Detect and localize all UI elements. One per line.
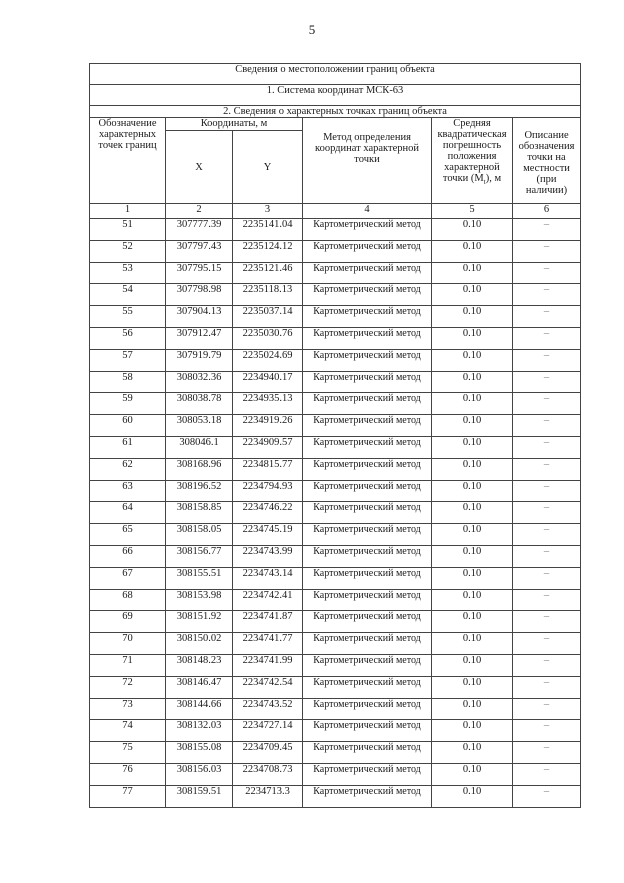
coord-x-cell: 307919.79	[166, 349, 233, 371]
method-cell: Картометрический метод	[303, 393, 432, 415]
description-cell: –	[513, 742, 581, 764]
method-cell: Картометрический метод	[303, 676, 432, 698]
method-cell: Картометрический метод	[303, 240, 432, 262]
point-id-cell: 66	[90, 545, 166, 567]
table-row: 51307777.392235141.04Картометрический ме…	[90, 219, 581, 241]
description-cell: –	[513, 240, 581, 262]
coord-y-cell: 2234742.41	[233, 589, 303, 611]
method-cell: Картометрический метод	[303, 654, 432, 676]
coord-y-cell: 2235037.14	[233, 306, 303, 328]
header-method: Метод определения координат характерной …	[303, 118, 432, 204]
coord-x-cell: 307904.13	[166, 306, 233, 328]
method-cell: Картометрический метод	[303, 611, 432, 633]
column-number: 5	[432, 204, 513, 219]
description-cell: –	[513, 676, 581, 698]
method-cell: Картометрический метод	[303, 589, 432, 611]
coord-y-cell: 2234919.26	[233, 415, 303, 437]
table-row: 62308168.962234815.77Картометрический ме…	[90, 458, 581, 480]
coord-x-cell: 308159.51	[166, 785, 233, 807]
table-row: 67308155.512234743.14Картометрический ме…	[90, 567, 581, 589]
method-cell: Картометрический метод	[303, 567, 432, 589]
coord-x-cell: 308155.51	[166, 567, 233, 589]
coord-y-cell: 2234743.99	[233, 545, 303, 567]
method-cell: Картометрический метод	[303, 545, 432, 567]
header-description: Описание обозначения точки на местности …	[513, 118, 581, 204]
point-id-cell: 77	[90, 785, 166, 807]
point-id-cell: 62	[90, 458, 166, 480]
description-cell: –	[513, 284, 581, 306]
coord-x-cell: 307912.47	[166, 327, 233, 349]
description-cell: –	[513, 502, 581, 524]
coord-y-cell: 2235121.46	[233, 262, 303, 284]
coord-x-cell: 308053.18	[166, 415, 233, 437]
mean-error-cell: 0.10	[432, 698, 513, 720]
point-id-cell: 55	[90, 306, 166, 328]
table-row: 74308132.032234727.14Картометрический ме…	[90, 720, 581, 742]
header-point-designation: Обозначение характерных точек границ	[90, 118, 166, 204]
coord-y-cell: 2234742.54	[233, 676, 303, 698]
table-row: 66308156.772234743.99Картометрический ме…	[90, 545, 581, 567]
method-cell: Картометрический метод	[303, 742, 432, 764]
description-cell: –	[513, 785, 581, 807]
description-cell: –	[513, 567, 581, 589]
method-cell: Картометрический метод	[303, 458, 432, 480]
coord-y-cell: 2234741.77	[233, 633, 303, 655]
coord-x-cell: 308153.98	[166, 589, 233, 611]
method-cell: Картометрический метод	[303, 371, 432, 393]
mean-error-cell: 0.10	[432, 676, 513, 698]
method-cell: Картометрический метод	[303, 262, 432, 284]
mean-error-cell: 0.10	[432, 349, 513, 371]
point-id-cell: 60	[90, 415, 166, 437]
point-id-cell: 75	[90, 742, 166, 764]
coord-x-cell: 308150.02	[166, 633, 233, 655]
mean-error-cell: 0.10	[432, 327, 513, 349]
mean-error-cell: 0.10	[432, 284, 513, 306]
method-cell: Картометрический метод	[303, 480, 432, 502]
coord-x-cell: 307797.43	[166, 240, 233, 262]
method-cell: Картометрический метод	[303, 785, 432, 807]
table-row: 73308144.662234743.52Картометрический ме…	[90, 698, 581, 720]
table-row: 60308053.182234919.26Картометрический ме…	[90, 415, 581, 437]
method-cell: Картометрический метод	[303, 415, 432, 437]
coord-y-cell: 2234741.99	[233, 654, 303, 676]
method-cell: Картометрический метод	[303, 327, 432, 349]
description-cell: –	[513, 415, 581, 437]
point-id-cell: 71	[90, 654, 166, 676]
point-id-cell: 72	[90, 676, 166, 698]
method-cell: Картометрический метод	[303, 306, 432, 328]
coord-y-cell: 2234909.57	[233, 436, 303, 458]
table-row: 53307795.152235121.46Картометрический ме…	[90, 262, 581, 284]
coord-x-cell: 308032.36	[166, 371, 233, 393]
mean-error-cell: 0.10	[432, 611, 513, 633]
table-row: 58308032.362234940.17Картометрический ме…	[90, 371, 581, 393]
coord-x-cell: 307777.39	[166, 219, 233, 241]
method-cell: Картометрический метод	[303, 502, 432, 524]
header-y: Y	[233, 131, 303, 204]
coord-x-cell: 308151.92	[166, 611, 233, 633]
mean-error-cell: 0.10	[432, 240, 513, 262]
coord-x-cell: 308158.85	[166, 502, 233, 524]
method-cell: Картометрический метод	[303, 633, 432, 655]
mean-error-cell: 0.10	[432, 393, 513, 415]
point-id-cell: 58	[90, 371, 166, 393]
point-id-cell: 65	[90, 524, 166, 546]
coord-y-cell: 2234815.77	[233, 458, 303, 480]
coord-y-cell: 2234746.22	[233, 502, 303, 524]
coord-y-cell: 2234708.73	[233, 763, 303, 785]
coord-y-cell: 2235141.04	[233, 219, 303, 241]
mean-error-cell: 0.10	[432, 436, 513, 458]
page-number: 5	[0, 22, 624, 38]
method-cell: Картометрический метод	[303, 436, 432, 458]
mean-error-cell: 0.10	[432, 763, 513, 785]
point-id-cell: 64	[90, 502, 166, 524]
table-row: 61308046.12234909.57Картометрический мет…	[90, 436, 581, 458]
description-cell: –	[513, 458, 581, 480]
coord-x-cell: 308155.08	[166, 742, 233, 764]
table-row: 75308155.082234709.45Картометрический ме…	[90, 742, 581, 764]
point-id-cell: 63	[90, 480, 166, 502]
table-title-row: Сведения о местоположении границ объекта	[90, 64, 581, 85]
column-number: 4	[303, 204, 432, 219]
coord-y-cell: 2235118.13	[233, 284, 303, 306]
table-row: 64308158.852234746.22Картометрический ме…	[90, 502, 581, 524]
mean-error-cell: 0.10	[432, 502, 513, 524]
table-row: 68308153.982234742.41Картометрический ме…	[90, 589, 581, 611]
header-mean-error: Средняя квадратическая погрешность полож…	[432, 118, 513, 204]
column-number: 6	[513, 204, 581, 219]
point-id-cell: 56	[90, 327, 166, 349]
coord-x-cell: 308046.1	[166, 436, 233, 458]
coord-x-cell: 308156.77	[166, 545, 233, 567]
points-section-row: 2. Сведения о характерных точках границ …	[90, 106, 581, 118]
coord-y-cell: 2234743.52	[233, 698, 303, 720]
mean-error-cell: 0.10	[432, 785, 513, 807]
description-cell: –	[513, 436, 581, 458]
mean-error-cell: 0.10	[432, 742, 513, 764]
coord-y-cell: 2234713.3	[233, 785, 303, 807]
header-mean-error-unit: ), м	[486, 173, 501, 184]
point-id-cell: 69	[90, 611, 166, 633]
mean-error-cell: 0.10	[432, 415, 513, 437]
coordinate-system-label: 1. Система координат МСК-63	[90, 85, 581, 106]
mean-error-cell: 0.10	[432, 480, 513, 502]
table-row: 54307798.982235118.13Картометрический ме…	[90, 284, 581, 306]
coord-x-cell: 307795.15	[166, 262, 233, 284]
description-cell: –	[513, 654, 581, 676]
point-id-cell: 53	[90, 262, 166, 284]
coord-x-cell: 308038.78	[166, 393, 233, 415]
mean-error-cell: 0.10	[432, 654, 513, 676]
table-row: 70308150.022234741.77Картометрический ме…	[90, 633, 581, 655]
column-number: 2	[166, 204, 233, 219]
header-x: X	[166, 131, 233, 204]
coord-x-cell: 307798.98	[166, 284, 233, 306]
table-row: 77308159.512234713.3Картометрический мет…	[90, 785, 581, 807]
method-cell: Картометрический метод	[303, 349, 432, 371]
mean-error-cell: 0.10	[432, 567, 513, 589]
method-cell: Картометрический метод	[303, 763, 432, 785]
description-cell: –	[513, 371, 581, 393]
point-id-cell: 73	[90, 698, 166, 720]
mean-error-cell: 0.10	[432, 545, 513, 567]
table-row: 55307904.132235037.14Картометрический ме…	[90, 306, 581, 328]
mean-error-cell: 0.10	[432, 306, 513, 328]
table-row: 52307797.432235124.12Картометрический ме…	[90, 240, 581, 262]
table-row: 63308196.522234794.93Картометрический ме…	[90, 480, 581, 502]
description-cell: –	[513, 306, 581, 328]
column-number: 1	[90, 204, 166, 219]
point-id-cell: 70	[90, 633, 166, 655]
coord-y-cell: 2235124.12	[233, 240, 303, 262]
header-coordinates: Координаты, м	[166, 118, 303, 131]
boundary-points-table: Сведения о местоположении границ объекта…	[89, 63, 581, 808]
coord-y-cell: 2234741.87	[233, 611, 303, 633]
table-row: 71308148.232234741.99Картометрический ме…	[90, 654, 581, 676]
coord-x-cell: 308132.03	[166, 720, 233, 742]
description-cell: –	[513, 262, 581, 284]
column-number: 3	[233, 204, 303, 219]
coord-x-cell: 308144.66	[166, 698, 233, 720]
description-cell: –	[513, 589, 581, 611]
point-id-cell: 54	[90, 284, 166, 306]
coord-y-cell: 2234745.19	[233, 524, 303, 546]
coord-y-cell: 2234794.93	[233, 480, 303, 502]
table-row: 59308038.782234935.13Картометрический ме…	[90, 393, 581, 415]
table-row: 76308156.032234708.73Картометрический ме…	[90, 763, 581, 785]
coord-x-cell: 308196.52	[166, 480, 233, 502]
description-cell: –	[513, 524, 581, 546]
column-numbers-row: 1 2 3 4 5 6	[90, 204, 581, 219]
coord-y-cell: 2235024.69	[233, 349, 303, 371]
point-id-cell: 51	[90, 219, 166, 241]
mean-error-cell: 0.10	[432, 589, 513, 611]
mean-error-cell: 0.10	[432, 262, 513, 284]
coord-x-cell: 308146.47	[166, 676, 233, 698]
table-row: 57307919.792235024.69Картометрический ме…	[90, 349, 581, 371]
point-id-cell: 52	[90, 240, 166, 262]
description-cell: –	[513, 480, 581, 502]
method-cell: Картометрический метод	[303, 698, 432, 720]
mean-error-cell: 0.10	[432, 371, 513, 393]
point-id-cell: 67	[90, 567, 166, 589]
point-id-cell: 57	[90, 349, 166, 371]
description-cell: –	[513, 393, 581, 415]
coord-y-cell: 2235030.76	[233, 327, 303, 349]
description-cell: –	[513, 545, 581, 567]
description-cell: –	[513, 327, 581, 349]
description-cell: –	[513, 611, 581, 633]
description-cell: –	[513, 720, 581, 742]
mean-error-cell: 0.10	[432, 720, 513, 742]
method-cell: Картометрический метод	[303, 524, 432, 546]
mean-error-cell: 0.10	[432, 458, 513, 480]
mean-error-cell: 0.10	[432, 524, 513, 546]
description-cell: –	[513, 633, 581, 655]
coord-x-cell: 308156.03	[166, 763, 233, 785]
table-row: 65308158.052234745.19Картометрический ме…	[90, 524, 581, 546]
coord-y-cell: 2234727.14	[233, 720, 303, 742]
header-row: Обозначение характерных точек границ Коо…	[90, 118, 581, 131]
mean-error-cell: 0.10	[432, 219, 513, 241]
points-section-label: 2. Сведения о характерных точках границ …	[90, 106, 581, 118]
point-id-cell: 59	[90, 393, 166, 415]
coord-y-cell: 2234709.45	[233, 742, 303, 764]
point-id-cell: 74	[90, 720, 166, 742]
table-title: Сведения о местоположении границ объекта	[90, 64, 581, 85]
table-row: 56307912.472235030.76Картометрический ме…	[90, 327, 581, 349]
table-row: 69308151.922234741.87Картометрический ме…	[90, 611, 581, 633]
coord-x-cell: 308148.23	[166, 654, 233, 676]
coord-x-cell: 308168.96	[166, 458, 233, 480]
point-id-cell: 68	[90, 589, 166, 611]
point-id-cell: 76	[90, 763, 166, 785]
method-cell: Картометрический метод	[303, 720, 432, 742]
coordinate-system-row: 1. Система координат МСК-63	[90, 85, 581, 106]
table-row: 72308146.472234742.54Картометрический ме…	[90, 676, 581, 698]
coord-x-cell: 308158.05	[166, 524, 233, 546]
mean-error-cell: 0.10	[432, 633, 513, 655]
method-cell: Картометрический метод	[303, 284, 432, 306]
description-cell: –	[513, 698, 581, 720]
method-cell: Картометрический метод	[303, 219, 432, 241]
description-cell: –	[513, 763, 581, 785]
coord-y-cell: 2234940.17	[233, 371, 303, 393]
point-id-cell: 61	[90, 436, 166, 458]
description-cell: –	[513, 219, 581, 241]
coord-y-cell: 2234743.14	[233, 567, 303, 589]
coord-y-cell: 2234935.13	[233, 393, 303, 415]
description-cell: –	[513, 349, 581, 371]
